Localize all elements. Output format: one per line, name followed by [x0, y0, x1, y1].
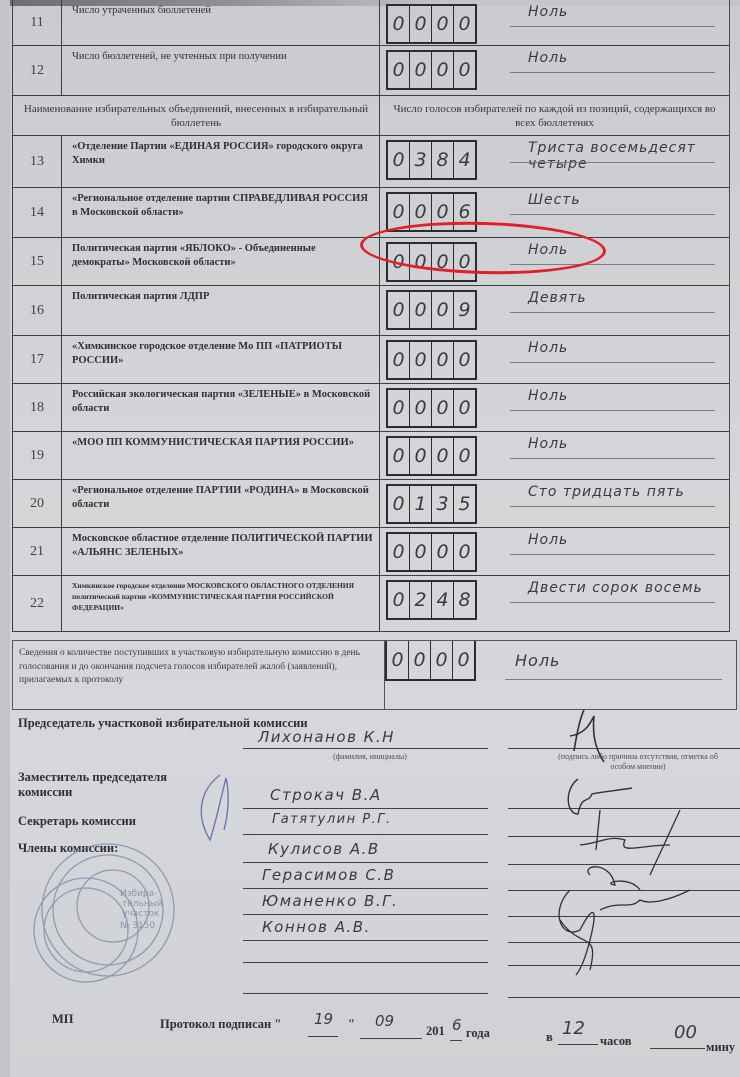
- row-number: 16: [13, 286, 62, 335]
- party-row: 20«Региональное отделение ПАРТИИ «РОДИНА…: [13, 480, 729, 528]
- name-caption: (фамилия, инициалы): [300, 752, 440, 762]
- party-row: 19«МОО ПП КОММУНИСТИЧЕСКАЯ ПАРТИЯ РОССИИ…: [13, 432, 729, 480]
- digit-cell: 0: [454, 438, 475, 474]
- digit-cell: 0: [388, 390, 410, 426]
- row-label: Московское областное отделение ПОЛИТИЧЕС…: [62, 528, 380, 575]
- row-value: 0000Ноль: [380, 528, 729, 575]
- mp-label: МП: [52, 1012, 74, 1027]
- day-line: [308, 1036, 338, 1037]
- chair-name-line: [243, 748, 488, 749]
- underline: [505, 679, 722, 680]
- digit-cell: 0: [410, 438, 432, 474]
- underline: [510, 554, 715, 555]
- digit-cell: 0: [410, 292, 432, 328]
- digit-boxes: 0384: [386, 140, 477, 180]
- value-in-words: Сто тридцать пять: [498, 484, 719, 500]
- row-number: 18: [13, 384, 62, 431]
- digit-cell: 0: [409, 641, 431, 679]
- count-row: 11Число утраченных бюллетеней0000Ноль: [13, 0, 729, 46]
- digit-cell: 0: [388, 342, 410, 378]
- digit-cell: 0: [410, 52, 432, 88]
- party-row: 22Химкинское городское отделение МОСКОВС…: [13, 576, 729, 632]
- previous-page-edge: [0, 0, 10, 1077]
- underline: [510, 72, 715, 73]
- svg-text:участок: участок: [122, 909, 160, 919]
- digit-boxes: 0000: [386, 50, 477, 90]
- value-in-words: Ноль: [498, 436, 719, 452]
- value-in-words: Ноль: [498, 4, 719, 20]
- year-digit: 6: [452, 1016, 462, 1034]
- value-in-words: Триста восемьдесят четыре: [498, 140, 719, 172]
- row-value: 0248Двести сорок восемь: [380, 576, 729, 631]
- row-label: Химкинское городское отделение МОСКОВСКО…: [62, 576, 380, 631]
- digit-cell: 3: [432, 486, 454, 522]
- member-name-line: [243, 888, 488, 889]
- year-prefix: 201: [426, 1024, 445, 1039]
- hours-value: 12: [562, 1018, 585, 1039]
- svg-text:тельный: тельный: [122, 899, 163, 909]
- row-label: «Отделение Партии «ЕДИНАЯ РОССИЯ» городс…: [62, 136, 380, 187]
- row-value: 0000Ноль: [380, 384, 729, 431]
- complaints-digit-boxes: 0000: [385, 641, 476, 681]
- member-name: Кулиcов А.В: [268, 840, 380, 858]
- year-line: [450, 1040, 462, 1041]
- member-name: Герасимов С.В: [262, 866, 395, 884]
- digit-boxes: 0000: [386, 532, 477, 572]
- year-suffix: года: [466, 1026, 490, 1041]
- member-name-line: [243, 940, 488, 941]
- underline: [510, 458, 715, 459]
- results-table: 11Число утраченных бюллетеней0000Ноль12Ч…: [12, 0, 730, 632]
- chair-name: Лихонанов К.Н: [258, 728, 395, 746]
- digit-boxes: 0135: [386, 484, 477, 524]
- digit-boxes: 0000: [386, 340, 477, 380]
- at-label: в: [546, 1030, 553, 1045]
- digit-cell: 0: [432, 52, 454, 88]
- quote-mark: ": [348, 1017, 355, 1032]
- digit-cell: 0: [454, 6, 475, 42]
- digit-cell: 0: [432, 342, 454, 378]
- underline: [510, 214, 715, 215]
- blue-signature-icon: [190, 770, 240, 850]
- row-number: 21: [13, 528, 62, 575]
- svg-text:Избира-: Избира-: [120, 889, 157, 899]
- row-label: Политическая партия ЛДПР: [62, 286, 380, 335]
- signed-month: 09: [375, 1012, 394, 1030]
- signed-day: 19: [314, 1010, 333, 1028]
- row-value: 0135Сто тридцать пять: [380, 480, 729, 527]
- hours-line: [558, 1044, 598, 1045]
- row-label: «Региональное отделение партии СПРАВЕДЛИ…: [62, 188, 380, 237]
- row-number: 13: [13, 136, 62, 187]
- row-number: 22: [13, 576, 62, 631]
- party-row: 18Российская экологическая партия «ЗЕЛЕН…: [13, 384, 729, 432]
- digit-cell: 0: [388, 438, 410, 474]
- digit-boxes: 0248: [386, 580, 477, 620]
- official-stamp: Избира- тельный участок № 3150: [28, 838, 178, 988]
- row-label: «МОО ПП КОММУНИСТИЧЕСКАЯ ПАРТИЯ РОССИИ»: [62, 432, 380, 479]
- digit-cell: 3: [410, 142, 432, 178]
- digit-cell: 0: [388, 6, 410, 42]
- count-row: 12Число бюллетеней, не учтенных при полу…: [13, 46, 729, 96]
- value-in-words: Ноль: [498, 388, 719, 404]
- row-value: 0000Ноль: [380, 432, 729, 479]
- digit-cell: 0: [410, 534, 432, 570]
- row-label: Российская экологическая партия «ЗЕЛЕНЫЕ…: [62, 384, 380, 431]
- member-blank-line: [243, 962, 488, 963]
- chair-sign-line: [508, 748, 740, 749]
- complaints-words: Ноль: [485, 651, 726, 670]
- digit-cell: 0: [454, 534, 475, 570]
- digit-cell: 0: [410, 390, 432, 426]
- member-blank-sign-line-2: [508, 997, 740, 998]
- party-row: 21Московское областное отделение ПОЛИТИЧ…: [13, 528, 729, 576]
- digit-boxes: 0009: [386, 290, 477, 330]
- digit-cell: 0: [388, 534, 410, 570]
- secretary-label: Секретарь комиссии: [18, 814, 136, 829]
- party-row: 16Политическая партия ЛДПР0009Девять: [13, 286, 729, 336]
- digit-cell: 0: [388, 582, 410, 618]
- digit-cell: 8: [432, 142, 454, 178]
- party-row: 13«Отделение Партии «ЕДИНАЯ РОССИЯ» горо…: [13, 136, 729, 188]
- value-in-words: Ноль: [498, 532, 719, 548]
- underline: [510, 312, 715, 313]
- row-number: 17: [13, 336, 62, 383]
- month-line: [360, 1038, 422, 1039]
- underline: [510, 506, 715, 507]
- digit-cell: 1: [410, 486, 432, 522]
- row-value: 0000Ноль: [380, 0, 729, 45]
- complaints-value: 0000 Ноль: [385, 641, 736, 709]
- row-label: Число утраченных бюллетеней: [62, 0, 380, 45]
- digit-cell: 0: [388, 52, 410, 88]
- digit-cell: 0: [432, 390, 454, 426]
- party-row: 17«Химкинское городское отделение Мо ПП …: [13, 336, 729, 384]
- deputy-name: Строкач В.А: [270, 786, 382, 804]
- underline: [510, 26, 715, 27]
- row-number: 15: [13, 238, 62, 285]
- value-in-words: Девять: [498, 290, 719, 306]
- digit-cell: 0: [387, 641, 409, 679]
- minutes-label: мину: [706, 1040, 735, 1055]
- header-votes: Число голосов избирателей по каждой из п…: [380, 96, 729, 135]
- digit-cell: 0: [388, 486, 410, 522]
- deputy-name-line: [243, 808, 488, 809]
- value-in-words: Ноль: [498, 50, 719, 66]
- minutes-value: 00: [674, 1022, 697, 1043]
- party-row: 14«Региональное отделение партии СПРАВЕД…: [13, 188, 729, 238]
- svg-text:№ 3150: № 3150: [120, 921, 155, 931]
- underline: [510, 162, 715, 163]
- digit-cell: 9: [454, 292, 475, 328]
- member-name-line: [243, 914, 488, 915]
- complaints-box: Сведения о количестве поступивших в учас…: [12, 640, 737, 710]
- member-blank-line-2: [243, 993, 488, 994]
- underline: [510, 362, 715, 363]
- digit-cell: 8: [454, 582, 475, 618]
- digit-boxes: 0000: [386, 388, 477, 428]
- row-value: 0000Ноль: [380, 336, 729, 383]
- document-photo: 11Число утраченных бюллетеней0000Ноль12Ч…: [0, 0, 740, 1077]
- digit-cell: 0: [431, 641, 453, 679]
- digit-cell: 0: [432, 6, 454, 42]
- chair-signature-icon: [560, 706, 620, 766]
- row-label: Число бюллетеней, не учтенных при получе…: [62, 46, 380, 95]
- hours-label: часов: [600, 1034, 632, 1049]
- member-blank-sign-line: [508, 965, 740, 966]
- digit-cell: 2: [410, 582, 432, 618]
- digit-cell: 0: [388, 292, 410, 328]
- row-number: 12: [13, 46, 62, 95]
- value-in-words: Двести сорок восемь: [498, 580, 719, 596]
- digit-cell: 0: [453, 641, 474, 679]
- header-parties: Наименование избирательных объединений, …: [13, 96, 380, 135]
- member-name: Коннов А.В.: [262, 918, 371, 936]
- value-in-words: Ноль: [498, 340, 719, 356]
- digit-boxes: 0000: [386, 436, 477, 476]
- row-label: Политическая партия «ЯБЛОКО» - Объединен…: [62, 238, 380, 285]
- row-value: 0384Триста восемьдесят четыре: [380, 136, 729, 187]
- row-value: 0000Ноль: [380, 46, 729, 95]
- underline: [510, 602, 715, 603]
- digit-boxes: 0000: [386, 4, 477, 44]
- deputy-label: Заместитель председателя комиссии: [18, 770, 208, 800]
- parties-header-row: Наименование избирательных объединений, …: [13, 96, 729, 136]
- secretary-name-line: [243, 834, 488, 835]
- digit-cell: 4: [432, 582, 454, 618]
- digit-cell: 4: [454, 142, 475, 178]
- digit-cell: 0: [432, 292, 454, 328]
- minutes-line: [650, 1048, 705, 1049]
- row-label: «Химкинское городское отделение Мо ПП «П…: [62, 336, 380, 383]
- digit-cell: 0: [410, 6, 432, 42]
- digit-cell: 0: [432, 438, 454, 474]
- signed-label: Протокол подписан ": [160, 1017, 281, 1032]
- row-number: 11: [13, 0, 62, 45]
- row-number: 20: [13, 480, 62, 527]
- underline: [510, 410, 715, 411]
- row-number: 14: [13, 188, 62, 237]
- row-number: 19: [13, 432, 62, 479]
- digit-cell: 0: [454, 342, 475, 378]
- complaints-label: Сведения о количестве поступивших в учас…: [13, 641, 385, 709]
- value-in-words: Шесть: [498, 192, 719, 208]
- digit-cell: 0: [410, 342, 432, 378]
- digit-cell: 0: [454, 52, 475, 88]
- digit-cell: 0: [432, 534, 454, 570]
- secretary-name: Гатятулин Р.Г.: [272, 812, 392, 827]
- digit-cell: 0: [388, 142, 410, 178]
- member-name-line: [243, 862, 488, 863]
- row-value: 0009Девять: [380, 286, 729, 335]
- member-name: Юманенко В.Г.: [262, 892, 398, 910]
- digit-cell: 5: [454, 486, 475, 522]
- row-label: «Региональное отделение ПАРТИИ «РОДИНА» …: [62, 480, 380, 527]
- digit-cell: 0: [454, 390, 475, 426]
